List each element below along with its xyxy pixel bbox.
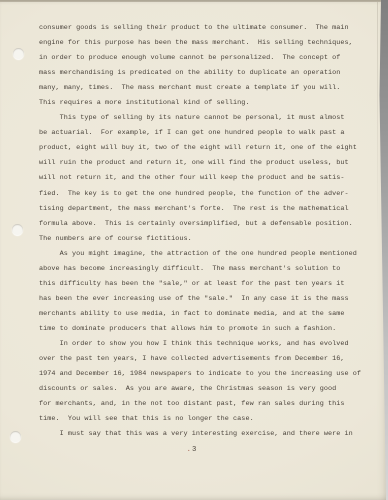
text-line: This type of selling by its nature canno… [39,111,374,126]
text-line: this difficulty has been the "sale," or … [39,277,374,292]
text-line: time. You will see that this is no longe… [39,412,374,427]
text-line: tising department, the mass merchant's f… [39,202,374,217]
text-line: in order to produce enough volume cannot… [39,51,374,66]
text-line: fied. The key is to get the one hundred … [39,187,374,202]
hole-punch [10,431,21,442]
paper-crease [377,2,378,232]
text-line: merchants ability to use media, in fact … [39,307,374,322]
text-line: be actuarial. For example, if I can get … [39,126,374,141]
text-line: product, eight will buy it, two of the e… [39,141,374,156]
text-line: In order to show you how I think this te… [39,337,374,352]
page-number-value: 3 [192,446,197,454]
text-line: The numbers are of course fictitious. [39,232,374,247]
text-line: time to dominate producers that allows h… [39,322,374,337]
text-line: formula above. This is certainly oversim… [39,217,374,232]
paper-sheet: consumer goods is selling their product … [0,0,388,500]
text-line: discounts or sales. As you are aware, th… [39,382,374,397]
text-line: has been the ever increasing use of the … [39,292,374,307]
text-line: for merchants, and, in the not too dista… [39,397,374,412]
hole-punch [13,48,24,59]
text-line: above has become increasingly difficult.… [39,262,374,277]
text-line: 1974 and December 16, 1984 newspapers to… [39,367,374,382]
hole-punch [12,224,23,235]
text-line: engine for this purpose has been the mas… [39,36,374,51]
text-line: will ruin the product and return it, one… [39,156,374,171]
page-number: .3 [0,446,384,454]
text-line: This requires a more institutional kind … [39,96,374,111]
scanned-document-page: consumer goods is selling their product … [0,0,388,500]
text-line: I must say that this was a very interest… [39,427,374,442]
text-line: mass merchandising is predicated on the … [39,66,374,81]
document-text: consumer goods is selling their product … [39,21,374,442]
text-line: will not return it, and the other four w… [39,171,374,186]
text-line: As you might imagine, the attraction of … [39,247,374,262]
text-line: consumer goods is selling their product … [39,21,374,36]
paper-top-edge [0,0,388,2]
text-line: over the past ten years, I have collecte… [39,352,374,367]
text-line: many, many, times. The mass merchant mus… [39,81,374,96]
